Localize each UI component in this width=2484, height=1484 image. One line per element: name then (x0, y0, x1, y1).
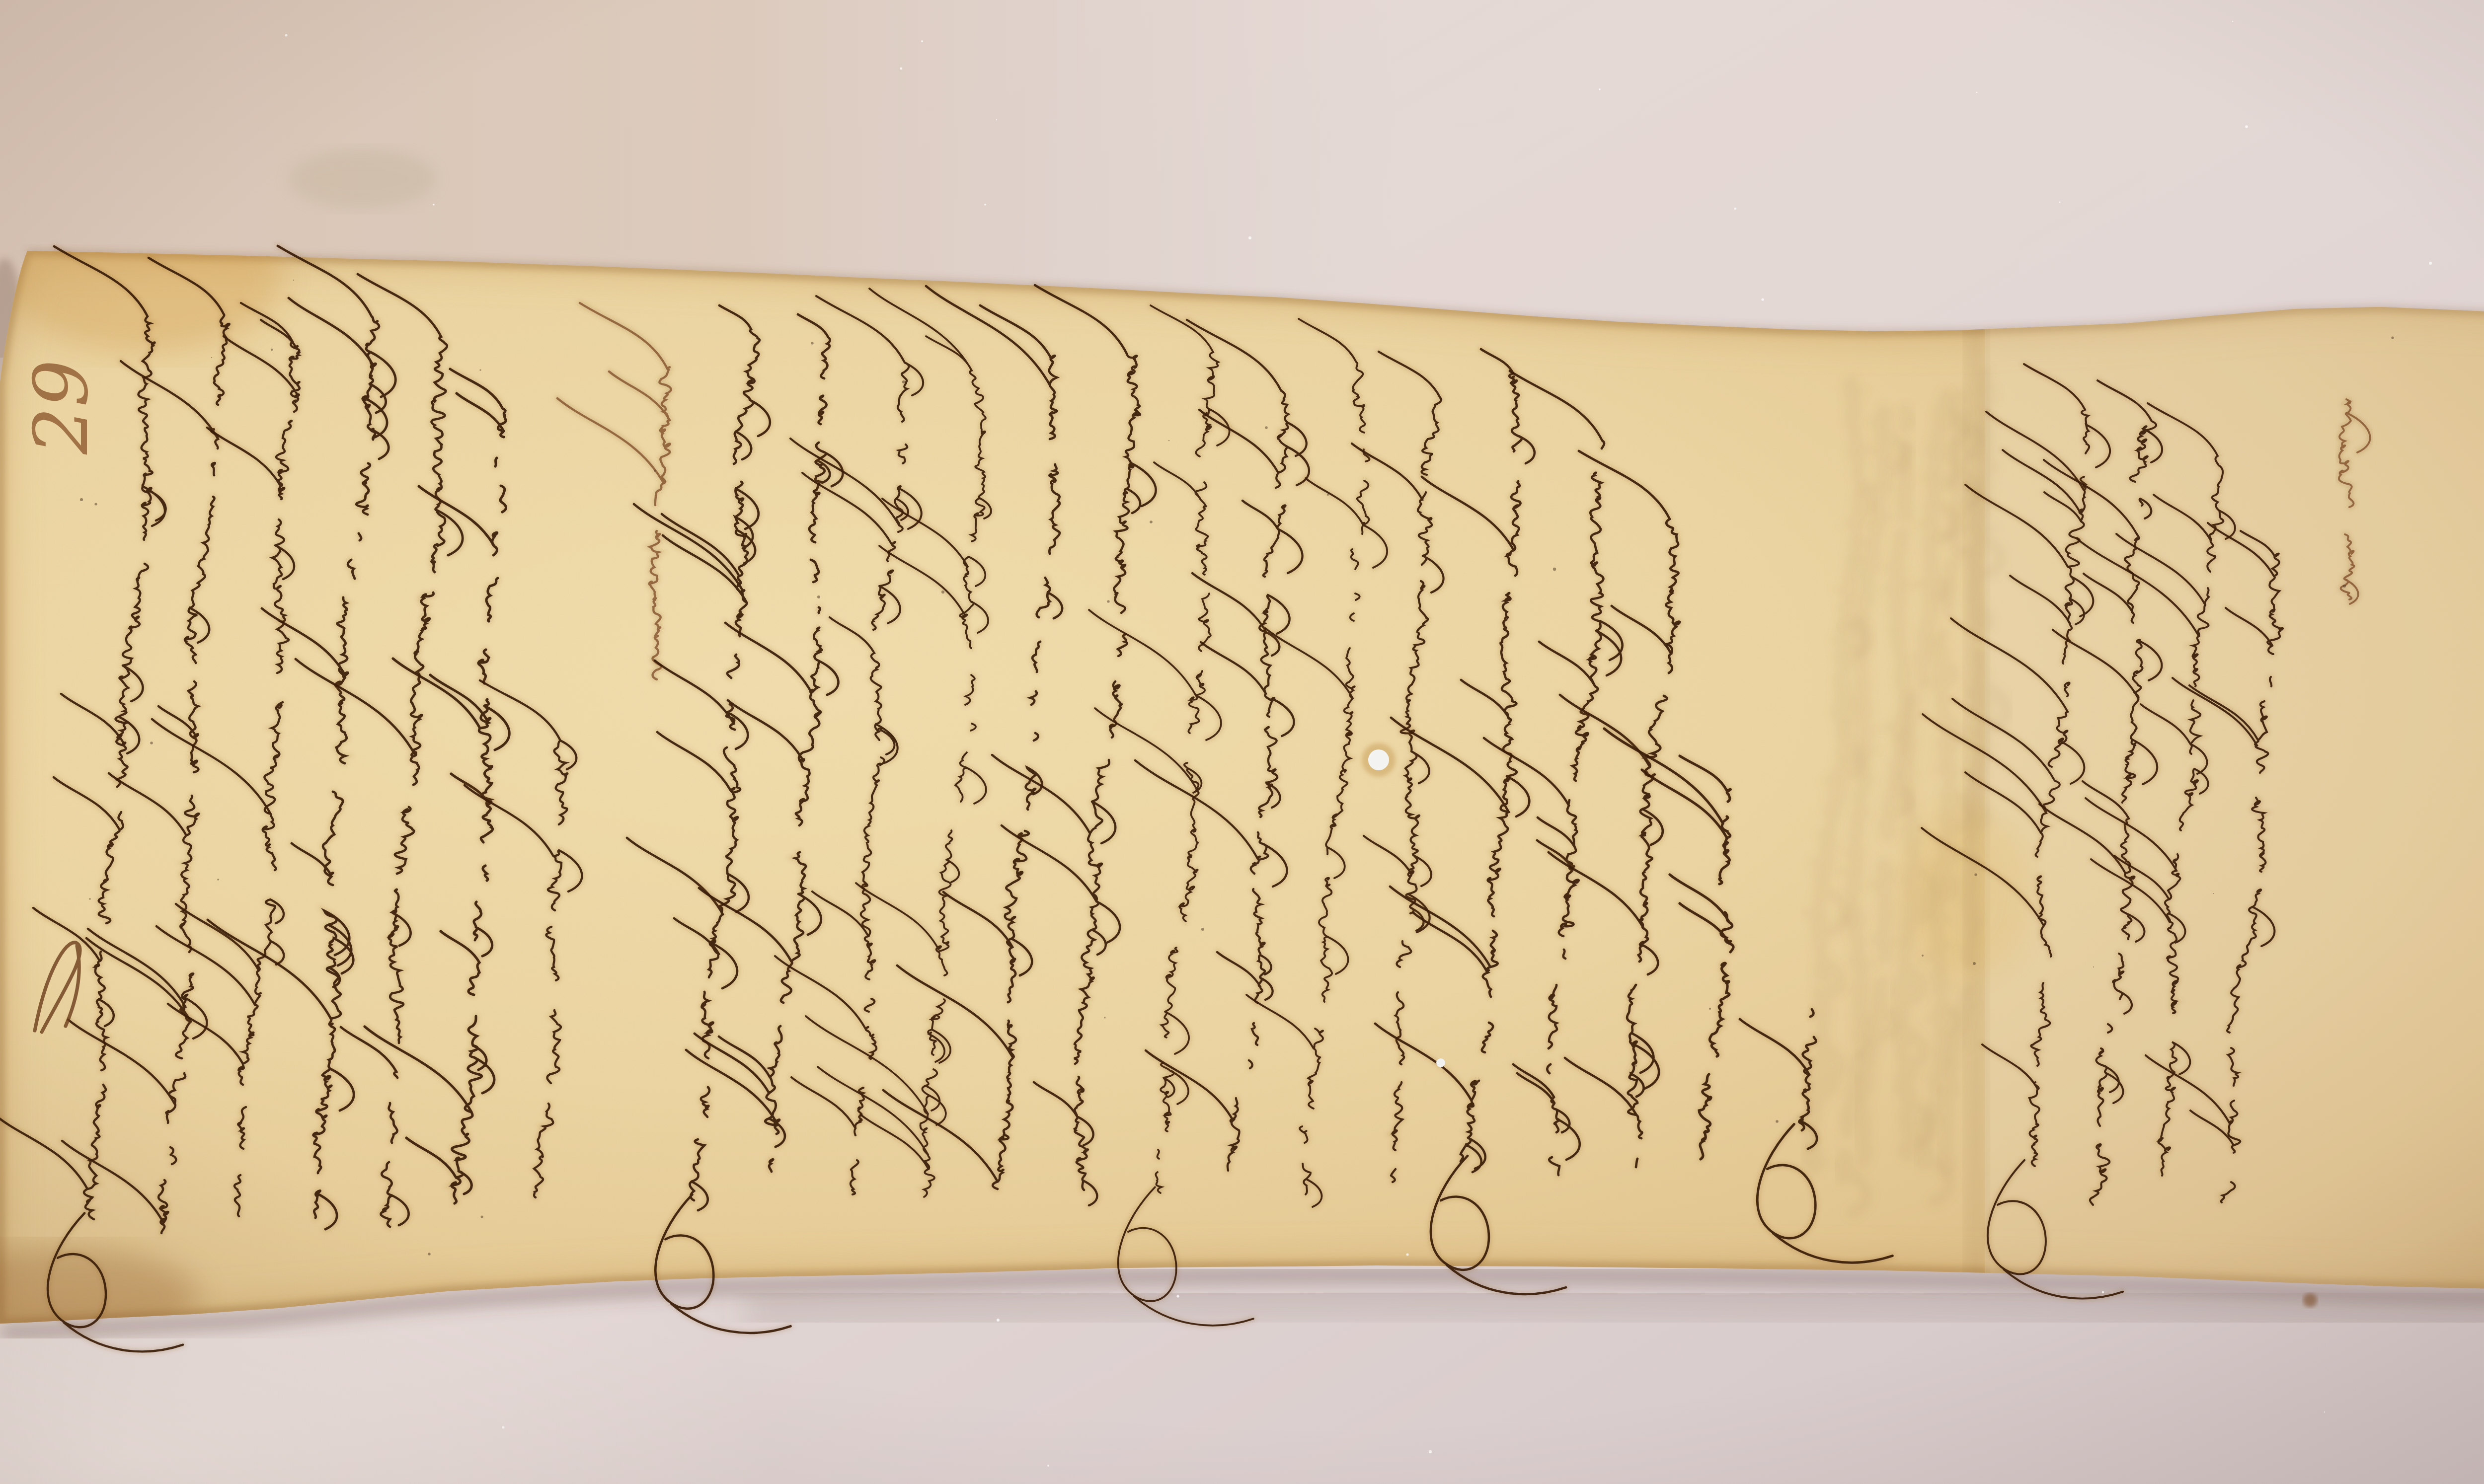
manuscript-photo-svg: 29 (0, 0, 2484, 1484)
manuscript-photo: 29 Photograph of a handwritten early-mod… (0, 0, 2484, 1484)
photo-vignette (0, 0, 2484, 1484)
